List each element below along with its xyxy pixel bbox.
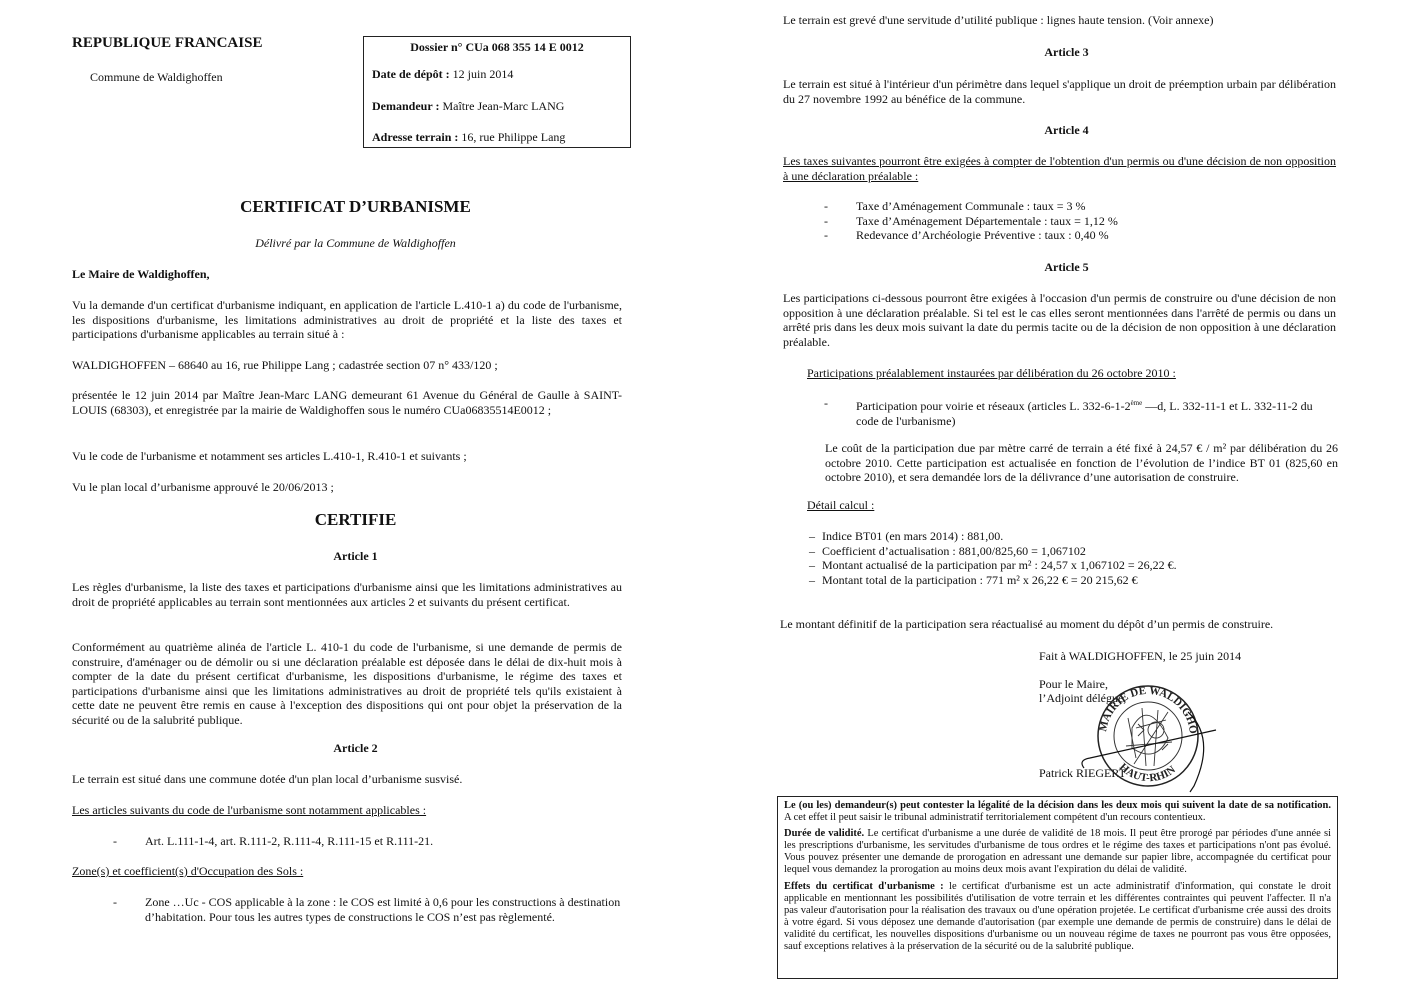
tax-archeologie: Redevance d’Archéologie Préventive : tau…: [856, 228, 1109, 243]
list-item-text: Art. L.111-1-4, art. R.111-2, R.111-4, R…: [145, 834, 433, 849]
detail-montant-m2: Montant actualisé de la participation pa…: [822, 558, 1177, 573]
final-note: Le montant définitif de la participation…: [780, 617, 1380, 632]
preamble-code: Vu le code de l'urbanisme et notamment s…: [72, 449, 622, 464]
document-title: CERTIFICAT D’URBANISME: [0, 200, 711, 215]
detail-calcul-list: – Indice BT01 (en mars 2014) : 881,00. –…: [809, 529, 1329, 587]
participations-list: - Participation pour voirie et réseaux (…: [824, 396, 1334, 428]
republic-heading: REPUBLIQUE FRANCAISE: [72, 36, 262, 51]
list-item: – Coefficient d’actualisation : 881,00/8…: [809, 544, 1329, 559]
certifie-heading: CERTIFIE: [0, 513, 711, 528]
list-item: – Montant total de la participation : 77…: [809, 573, 1329, 588]
stamp-seal-icon: MAIRIE DE WALDIGHOFFEN HAUT-RHIN: [1076, 668, 1226, 798]
detail-indice: Indice BT01 (en mars 2014) : 881,00.: [822, 529, 1003, 544]
preamble-request: Vu la demande d'un certificat d'urbanism…: [72, 298, 622, 342]
bullet: -: [824, 199, 856, 214]
participation-item-sup: ème: [1131, 399, 1143, 407]
notice-validity-text: Le certificat d'urbanisme a une durée de…: [784, 828, 1331, 875]
list-item: - Taxe d’Aménagement Communale : taux = …: [824, 199, 1324, 214]
preamble-plu: Vu le plan local d’urbanisme approuvé le…: [72, 480, 622, 495]
applicant-value: Maître Jean-Marc LANG: [442, 99, 564, 113]
participation-item: Participation pour voirie et réseaux (ar…: [856, 396, 1334, 428]
article-4-title: Article 4: [711, 123, 1422, 138]
articles-list: - Art. L.111-1-4, art. R.111-2, R.111-4,…: [113, 834, 623, 849]
list-item-text: Zone …Uc - COS applicable à la zone : le…: [145, 895, 633, 924]
bullet: –: [809, 573, 822, 588]
notice-effects: Effets du certificat d'urbanisme : le ce…: [784, 881, 1331, 954]
article-3-title: Article 3: [711, 45, 1422, 60]
list-item: - Art. L.111-1-4, art. R.111-2, R.111-4,…: [113, 834, 623, 849]
notice-contest-text: A cet effet il peut saisir le tribunal a…: [784, 812, 1206, 823]
article-2-title: Article 2: [0, 741, 711, 756]
address-row: Adresse terrain : 16, rue Philippe Lang: [372, 130, 622, 162]
address-label: Adresse terrain :: [372, 130, 458, 144]
articles-heading: Les articles suivants du code de l'urban…: [72, 803, 622, 818]
signature-place-date: Fait à WALDIGHOFFEN, le 25 juin 2014: [1039, 649, 1241, 664]
participation-item-text: Participation pour voirie et réseaux (ar…: [856, 399, 1131, 413]
article-5-title: Article 5: [711, 260, 1422, 275]
taxes-list: - Taxe d’Aménagement Communale : taux = …: [824, 199, 1324, 243]
commune-name: Commune de Waldighoffen: [90, 70, 223, 85]
applicant-label: Demandeur :: [372, 99, 439, 113]
article-1-para-2: Conformément au quatrième alinéa de l'ar…: [72, 640, 622, 728]
zone-heading: Zone(s) et coefficient(s) d'Occupation d…: [72, 864, 622, 879]
notice-effects-bold: Effets du certificat d'urbanisme :: [784, 881, 944, 892]
article-5-text: Les participations ci-dessous pourront ê…: [783, 291, 1336, 349]
list-item: – Montant actualisé de la participation …: [809, 558, 1329, 573]
applicant-row: Demandeur : Maître Jean-Marc LANG: [372, 99, 622, 131]
list-item: - Zone …Uc - COS applicable à la zone : …: [113, 895, 633, 924]
tax-departementale: Taxe d’Aménagement Départementale : taux…: [856, 214, 1118, 229]
taxes-heading: Les taxes suivantes pourront être exigée…: [783, 154, 1336, 183]
bullet: -: [113, 834, 145, 849]
bullet: -: [113, 895, 145, 924]
detail-montant-total: Montant total de la participation : 771 …: [822, 573, 1138, 588]
mairie-stamp: MAIRIE DE WALDIGHOFFEN HAUT-RHIN: [1076, 668, 1226, 798]
bullet: -: [824, 396, 856, 428]
detail-coefficient: Coefficient d’actualisation : 881,00/825…: [822, 544, 1086, 559]
bullet: –: [809, 529, 822, 544]
dossier-number: Dossier n° CUa 068 355 14 E 0012: [372, 40, 622, 67]
notice-validity: Durée de validité. Le certificat d'urban…: [784, 828, 1331, 876]
notice-contest-bold: Le (ou les) demandeur(s) peut contester …: [784, 800, 1331, 811]
tax-communale: Taxe d’Aménagement Communale : taux = 3 …: [856, 199, 1086, 214]
list-item: - Taxe d’Aménagement Départementale : ta…: [824, 214, 1324, 229]
zone-list: - Zone …Uc - COS applicable à la zone : …: [113, 895, 633, 924]
article-2-intro: Le terrain est situé dans une commune do…: [72, 772, 622, 787]
notice-contest: Le (ou les) demandeur(s) peut contester …: [784, 800, 1331, 824]
page-left: REPUBLIQUE FRANCAISE Commune de Waldigho…: [0, 0, 711, 1000]
list-item: – Indice BT01 (en mars 2014) : 881,00.: [809, 529, 1329, 544]
legal-notice-box: Le (ou les) demandeur(s) peut contester …: [777, 796, 1338, 979]
article-1-para-1: Les règles d'urbanisme, la liste des tax…: [72, 580, 622, 609]
deposit-date-label: Date de dépôt :: [372, 67, 450, 81]
servitude-text: Le terrain est grevé d'une servitude d’u…: [783, 13, 1336, 28]
article-1-title: Article 1: [0, 549, 711, 564]
detail-calcul-heading: Détail calcul :: [807, 498, 874, 513]
article-3-text: Le terrain est situé à l'intérieur d'un …: [783, 77, 1336, 106]
page-right: Le terrain est grevé d'une servitude d’u…: [711, 0, 1422, 1000]
dossier-info-box: Dossier n° CUa 068 355 14 E 0012 Date de…: [363, 36, 631, 148]
bullet: –: [809, 544, 822, 559]
bullet: -: [824, 214, 856, 229]
bullet: -: [824, 228, 856, 243]
deposit-date-row: Date de dépôt : 12 juin 2014: [372, 67, 622, 99]
participation-cost-text: Le coût de la participation due par mètr…: [825, 441, 1338, 485]
bullet: –: [809, 558, 822, 573]
mayor-line: Le Maire de Waldighoffen,: [72, 267, 210, 282]
participations-heading: Participations préalablement instaurées …: [807, 366, 1176, 381]
preamble-submitted: présentée le 12 juin 2014 par Maître Jea…: [72, 388, 622, 417]
document-subtitle: Délivré par la Commune de Waldighoffen: [0, 236, 711, 251]
preamble-address: WALDIGHOFFEN – 68640 au 16, rue Philippe…: [72, 358, 622, 373]
notice-validity-bold: Durée de validité.: [784, 828, 864, 839]
list-item: - Participation pour voirie et réseaux (…: [824, 396, 1334, 428]
deposit-date-value: 12 juin 2014: [453, 67, 514, 81]
list-item: - Redevance d’Archéologie Préventive : t…: [824, 228, 1324, 243]
address-value: 16, rue Philippe Lang: [461, 130, 565, 144]
